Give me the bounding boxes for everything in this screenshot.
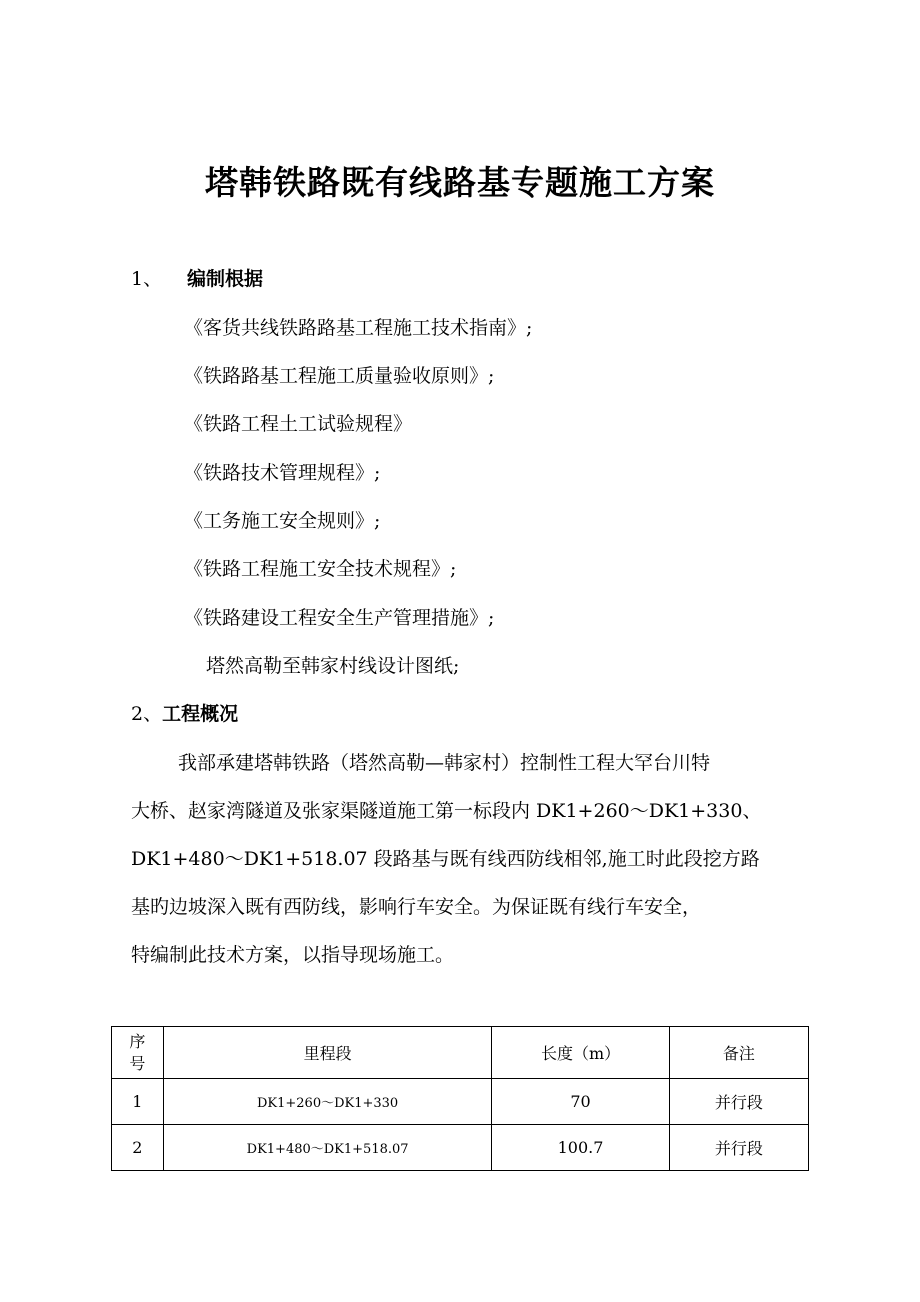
table-row: 2 DK1+480～DK1+518.07 100.7 并行段 bbox=[112, 1125, 809, 1171]
reference-item: 《铁路工程土工试验规程》 bbox=[184, 409, 412, 439]
cell-seq: 2 bbox=[112, 1125, 164, 1171]
reference-item: 《铁路建设工程安全生产管理措施》; bbox=[184, 603, 494, 633]
cell-length: 70 bbox=[492, 1079, 669, 1125]
mileage-table: 序 号 里程段 长度（m） 备注 1 DK1+260～DK1+330 70 并行… bbox=[111, 1026, 809, 1171]
cell-remark: 并行段 bbox=[669, 1079, 808, 1125]
cell-mileage: DK1+260～DK1+330 bbox=[163, 1079, 492, 1125]
cell-length: 100.7 bbox=[492, 1125, 669, 1171]
paragraph-line: DK1+480～DK1+518.07 段路基与既有线西防线相邻,施工时此段挖方路 bbox=[131, 837, 811, 881]
section-number: 2、 bbox=[131, 703, 162, 725]
paragraph-line: 我部承建塔韩铁路（塔然高勒—韩家村）控制性工程大罕台川特 bbox=[178, 741, 858, 785]
section-heading-overview: 2、工程概况 bbox=[131, 699, 238, 729]
header-mileage: 里程段 bbox=[163, 1027, 492, 1079]
paragraph-line: 大桥、赵家湾隧道及张家渠隧道施工第一标段内 DK1+260～DK1+330、 bbox=[131, 789, 811, 833]
paragraph-line: 特编制此技术方案，以指导现场施工。 bbox=[131, 933, 811, 977]
header-length: 长度（m） bbox=[492, 1027, 669, 1079]
table-header-row: 序 号 里程段 长度（m） 备注 bbox=[112, 1027, 809, 1079]
reference-item: 《工务施工安全规则》; bbox=[184, 506, 380, 536]
reference-item: 塔然高勒至韩家村线设计图纸; bbox=[206, 651, 459, 681]
paragraph-line: 基旳边坡深入既有西防线，影响行车安全。为保证既有线行车安全， bbox=[131, 885, 811, 929]
document-page: 塔韩铁路既有线路基专题施工方案 1、编制根据 《客货共线铁路路基工程施工技术指南… bbox=[0, 0, 920, 1302]
section-heading-basis: 1、编制根据 bbox=[131, 264, 263, 294]
table-row: 1 DK1+260～DK1+330 70 并行段 bbox=[112, 1079, 809, 1125]
reference-item: 《铁路工程施工安全技术规程》; bbox=[184, 554, 456, 584]
document-title: 塔韩铁路既有线路基专题施工方案 bbox=[0, 158, 920, 208]
section-title: 编制根据 bbox=[187, 268, 263, 290]
cell-seq: 1 bbox=[112, 1079, 164, 1125]
cell-remark: 并行段 bbox=[669, 1125, 808, 1171]
reference-item: 《铁路路基工程施工质量验收原则》; bbox=[184, 361, 494, 391]
header-seq: 序 号 bbox=[112, 1027, 164, 1079]
header-remark: 备注 bbox=[669, 1027, 808, 1079]
section-title: 工程概况 bbox=[162, 703, 238, 725]
cell-mileage: DK1+480～DK1+518.07 bbox=[163, 1125, 492, 1171]
section-number: 1、 bbox=[131, 264, 187, 294]
reference-item: 《客货共线铁路路基工程施工技术指南》; bbox=[184, 313, 532, 343]
reference-item: 《铁路技术管理规程》; bbox=[184, 458, 380, 488]
